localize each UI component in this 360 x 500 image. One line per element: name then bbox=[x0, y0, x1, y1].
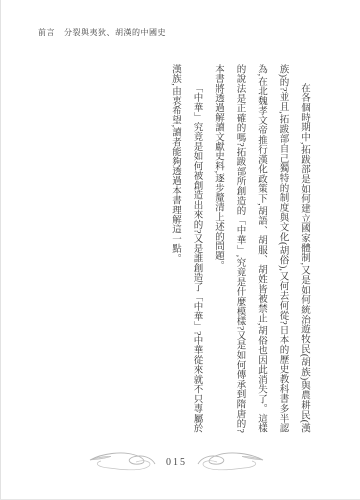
section-label: 前言 bbox=[38, 28, 55, 37]
running-header: 前言分裂與夷狄、胡漢的中國史 bbox=[38, 27, 166, 38]
body-text: 在各個時期中,拓跋部是如何建立國家體制,又是如何統治遊牧民(胡族)與農耕民(漢族… bbox=[144, 64, 314, 433]
book-page: 前言分裂與夷狄、胡漢的中國史 在各個時期中,拓跋部是如何建立國家體制,又是如何統… bbox=[0, 0, 360, 500]
page-footer: 015 bbox=[1, 449, 352, 475]
paragraph-2: 「中華」究竟是如何被創造出來的?又是誰創造了「中華」?中華從來就不只專屬於漢族,… bbox=[164, 64, 207, 433]
page-number: 015 bbox=[166, 457, 187, 468]
chapter-title: 分裂與夷狄、胡漢的中國史 bbox=[64, 28, 166, 37]
flourish-right-icon bbox=[196, 449, 264, 475]
flourish-left-icon bbox=[89, 449, 157, 475]
paragraph-1: 在各個時期中,拓跋部是如何建立國家體制,又是如何統治遊牧民(胡族)與農耕民(漢族… bbox=[207, 64, 315, 433]
